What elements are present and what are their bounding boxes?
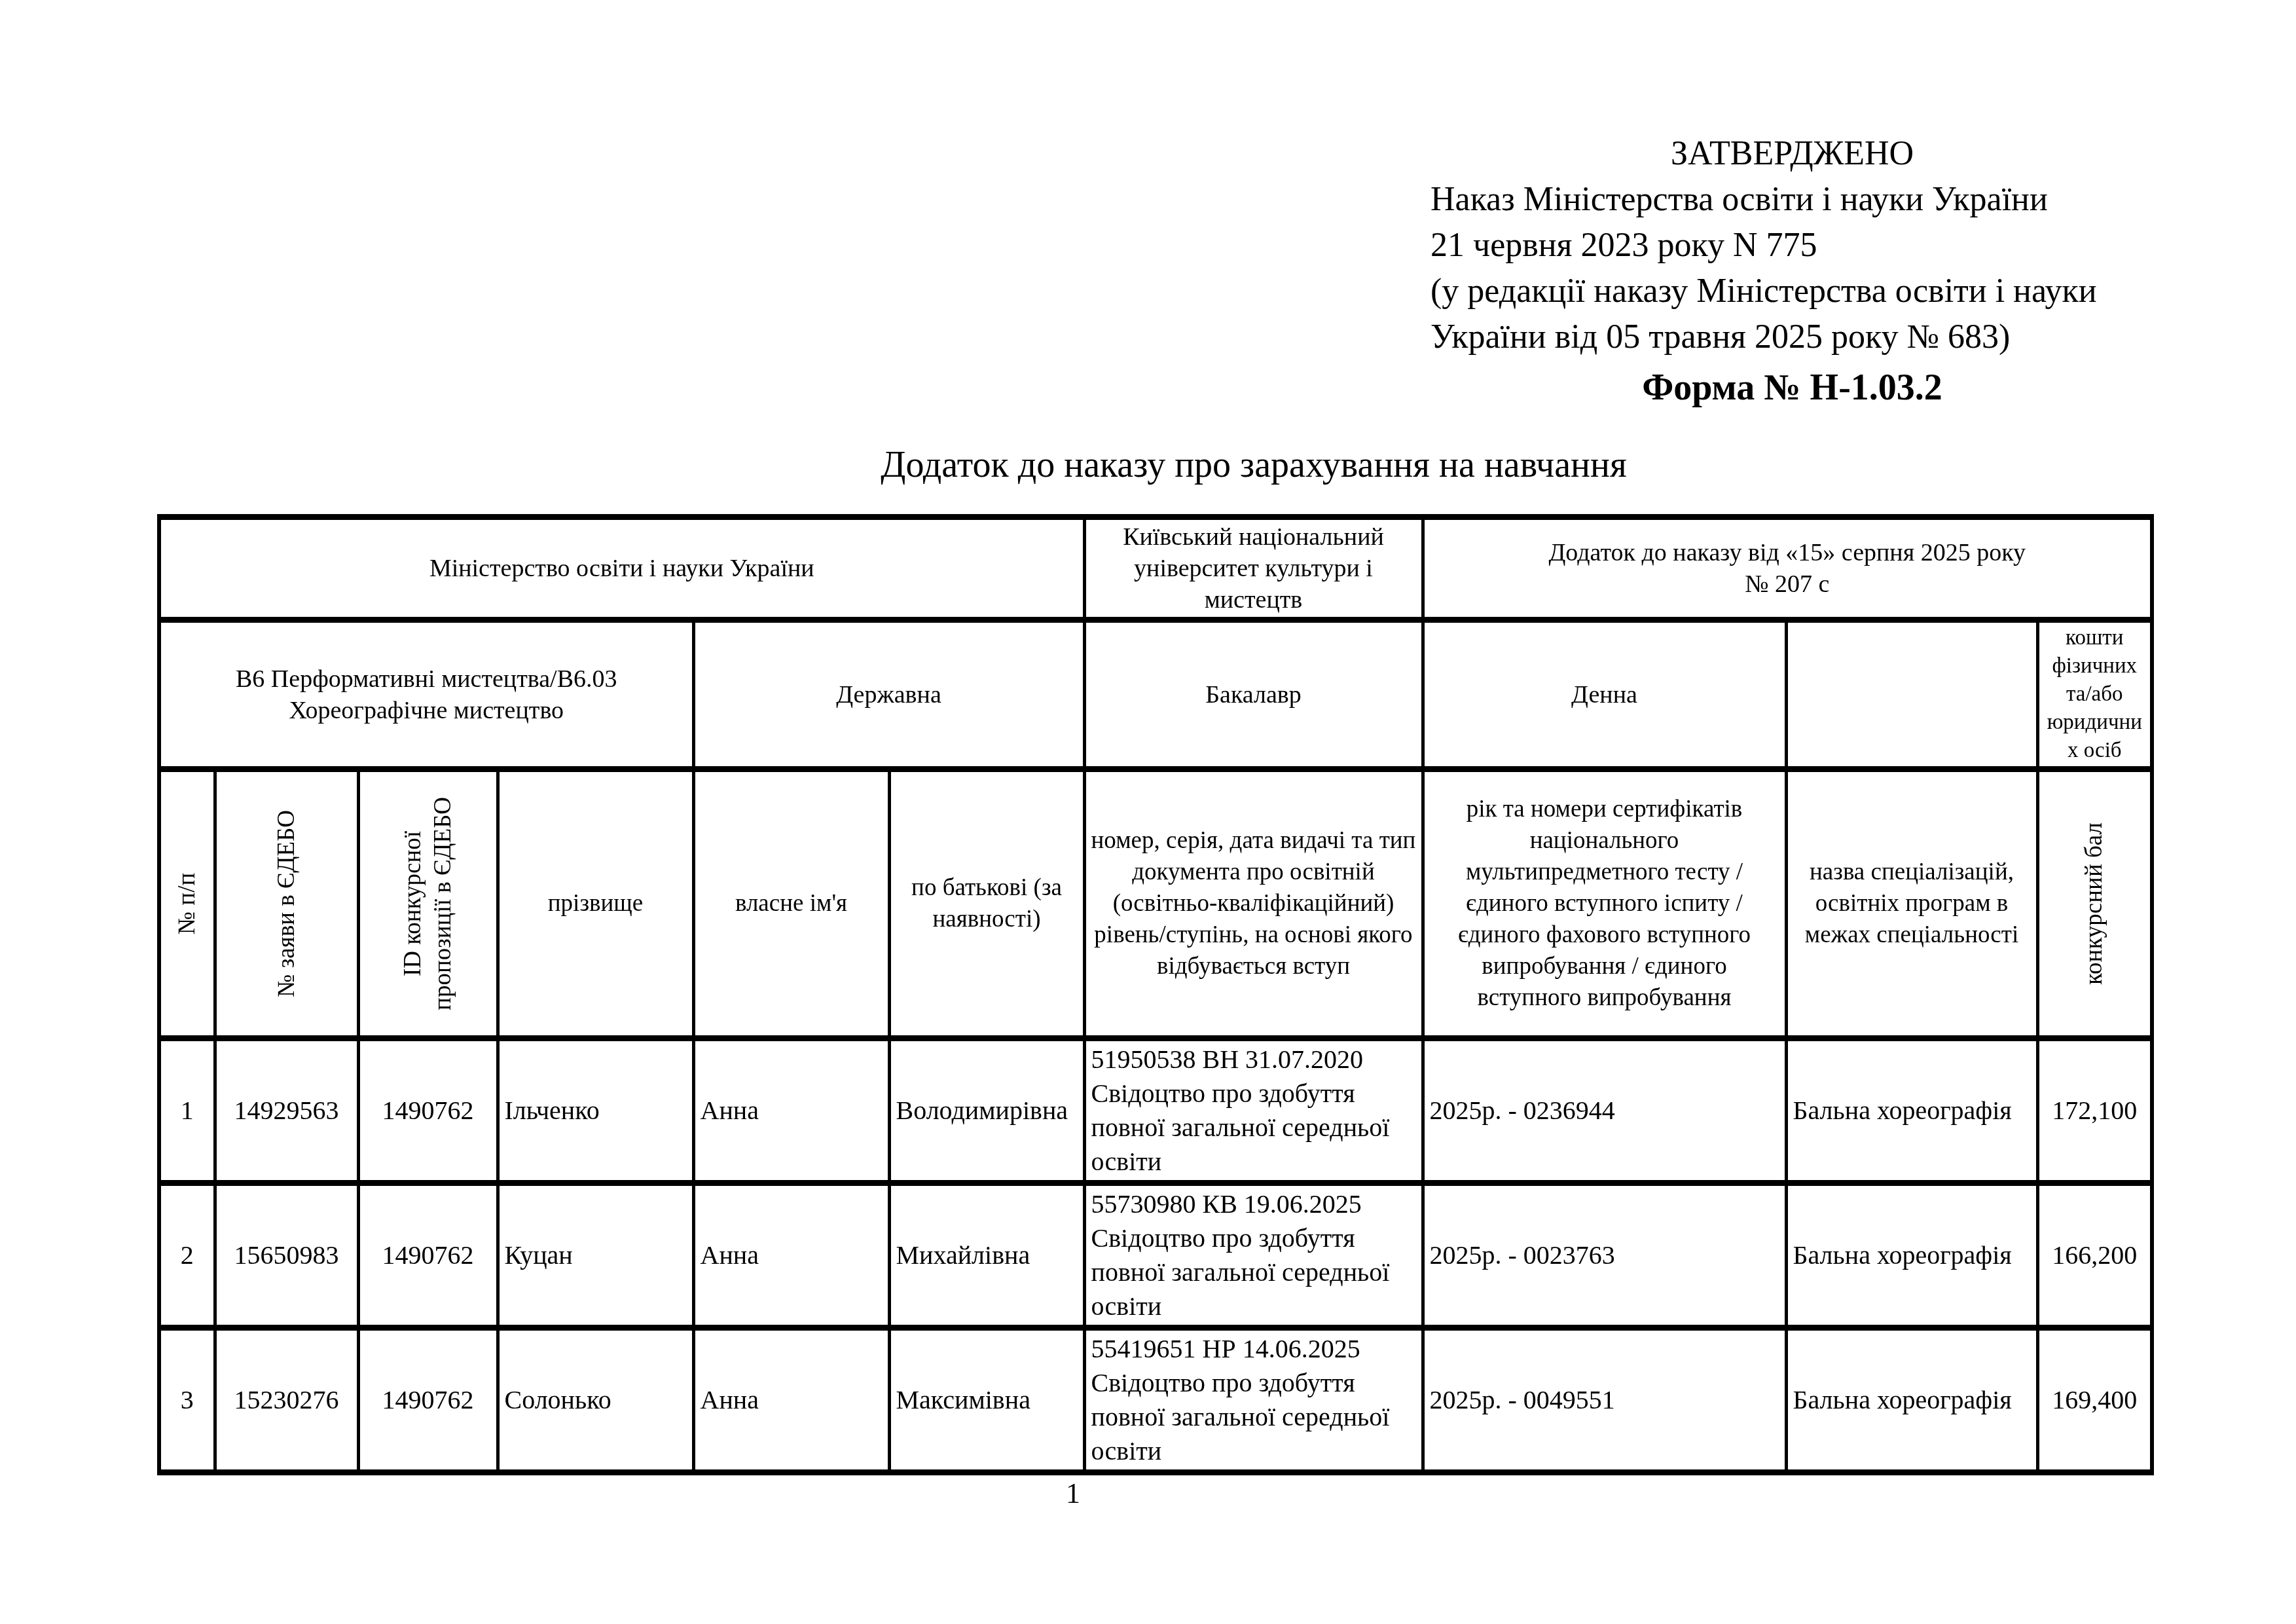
col-header-score: конкурсний бал xyxy=(2037,769,2152,1039)
approval-line: України від 05 травня 2025 року № 683) xyxy=(1430,314,2154,360)
col-header-application: № заяви в ЄДЕБО xyxy=(215,769,358,1039)
cell-score: 172,100 xyxy=(2037,1039,2152,1183)
approval-line: (у редакції наказу Міністерства освіти і… xyxy=(1430,268,2154,314)
cell-num: 1 xyxy=(159,1039,215,1183)
cell-surname: Куцан xyxy=(498,1183,693,1328)
cell-surname: Ільченко xyxy=(498,1039,693,1183)
degree-cell: Бакалавр xyxy=(1084,620,1423,769)
col-header-num-label: № п/п xyxy=(172,776,202,1031)
cell-document: 55730980 КВ 19.06.2025 Свідоцтво про здо… xyxy=(1084,1183,1423,1328)
ministry-cell: Міністерство освіти і науки України xyxy=(159,517,1084,620)
cell-num: 3 xyxy=(159,1328,215,1473)
col-header-proposal: ID конкурсної пропозиції в ЄДЕБО xyxy=(358,769,498,1039)
specialty-cell: В6 Перформативні мистецтва/В6.03 Хореогр… xyxy=(159,620,693,769)
funds-note-cell: кошти фізичних та/або юридични х осіб xyxy=(2037,620,2152,769)
table-row: 3 15230276 1490762 Солонько Анна Максимі… xyxy=(159,1328,2152,1473)
order-reference-cell: Додаток до наказу від «15» серпня 2025 р… xyxy=(1423,517,2152,620)
cell-patronymic: Михайлівна xyxy=(889,1183,1084,1328)
cell-program: Бальна хореографія xyxy=(1786,1328,2037,1473)
cell-proposal-id: 1490762 xyxy=(358,1039,498,1183)
page-number: 1 xyxy=(1066,1477,1080,1510)
column-header-row: № п/п № заяви в ЄДЕБО ID конкурсної проп… xyxy=(159,769,2152,1039)
cell-application-id: 15650983 xyxy=(215,1183,358,1328)
col-header-num: № п/п xyxy=(159,769,215,1039)
cell-patronymic: Максимівна xyxy=(889,1328,1084,1473)
cell-application-id: 15230276 xyxy=(215,1328,358,1473)
program-info-row: В6 Перформативні мистецтва/В6.03 Хореогр… xyxy=(159,620,2152,769)
form-number-label: Форма № Н-1.03.2 xyxy=(1430,367,2154,409)
col-header-surname: прізвище xyxy=(498,769,693,1039)
col-header-proposal-label: ID конкурсної пропозиції в ЄДЕБО xyxy=(398,776,458,1031)
document-title: Додаток до наказу про зарахування на нав… xyxy=(340,444,2167,486)
cell-application-id: 14929563 xyxy=(215,1039,358,1183)
cell-patronymic: Володимирівна xyxy=(889,1039,1084,1183)
cell-certificates: 2025р. - 0049551 xyxy=(1423,1328,1786,1473)
approval-line: 21 червня 2023 року N 775 xyxy=(1430,223,2154,268)
cell-score: 169,400 xyxy=(2037,1328,2152,1473)
empty-cell xyxy=(1786,620,2037,769)
cell-first-name: Анна xyxy=(693,1183,889,1328)
col-header-program: назва спеціалізацій, освітніх програм в … xyxy=(1786,769,2037,1039)
cell-certificates: 2025р. - 0236944 xyxy=(1423,1039,1786,1183)
cell-document: 51950538 ВН 31.07.2020 Свідоцтво про здо… xyxy=(1084,1039,1423,1183)
approval-block: ЗАТВЕРДЖЕНО Наказ Міністерства освіти і … xyxy=(1430,131,2154,360)
col-header-first-name: власне ім'я xyxy=(693,769,889,1039)
cell-proposal-id: 1490762 xyxy=(358,1183,498,1328)
funding-source-cell: Державна xyxy=(693,620,1084,769)
study-form-cell: Денна xyxy=(1423,620,1786,769)
table-row: 2 15650983 1490762 Куцан Анна Михайлівна… xyxy=(159,1183,2152,1328)
cell-surname: Солонько xyxy=(498,1328,693,1473)
col-header-application-label: № заяви в ЄДЕБО xyxy=(272,776,302,1031)
cell-program: Бальна хореографія xyxy=(1786,1183,2037,1328)
col-header-certificates: рік та номери сертифікатів національного… xyxy=(1423,769,1786,1039)
approval-stamp: ЗАТВЕРДЖЕНО xyxy=(1430,131,2154,177)
col-header-document: номер, серія, дата видачі та тип докумен… xyxy=(1084,769,1423,1039)
approval-line: Наказ Міністерства освіти і науки Україн… xyxy=(1430,177,2154,223)
university-cell: Київський національний університет культ… xyxy=(1084,517,1423,620)
cell-program: Бальна хореографія xyxy=(1786,1039,2037,1183)
institution-row: Міністерство освіти і науки України Київ… xyxy=(159,517,2152,620)
cell-proposal-id: 1490762 xyxy=(358,1328,498,1473)
table-row: 1 14929563 1490762 Ільченко Анна Володим… xyxy=(159,1039,2152,1183)
cell-score: 166,200 xyxy=(2037,1183,2152,1328)
col-header-score-label: конкурсний бал xyxy=(2079,776,2109,1031)
cell-num: 2 xyxy=(159,1183,215,1328)
enrollment-table: Міністерство освіти і науки України Київ… xyxy=(157,514,2154,1475)
cell-first-name: Анна xyxy=(693,1039,889,1183)
cell-document: 55419651 НР 14.06.2025 Свідоцтво про здо… xyxy=(1084,1328,1423,1473)
cell-certificates: 2025р. - 0023763 xyxy=(1423,1183,1786,1328)
cell-first-name: Анна xyxy=(693,1328,889,1473)
col-header-patronymic: по батькові (за наявності) xyxy=(889,769,1084,1039)
